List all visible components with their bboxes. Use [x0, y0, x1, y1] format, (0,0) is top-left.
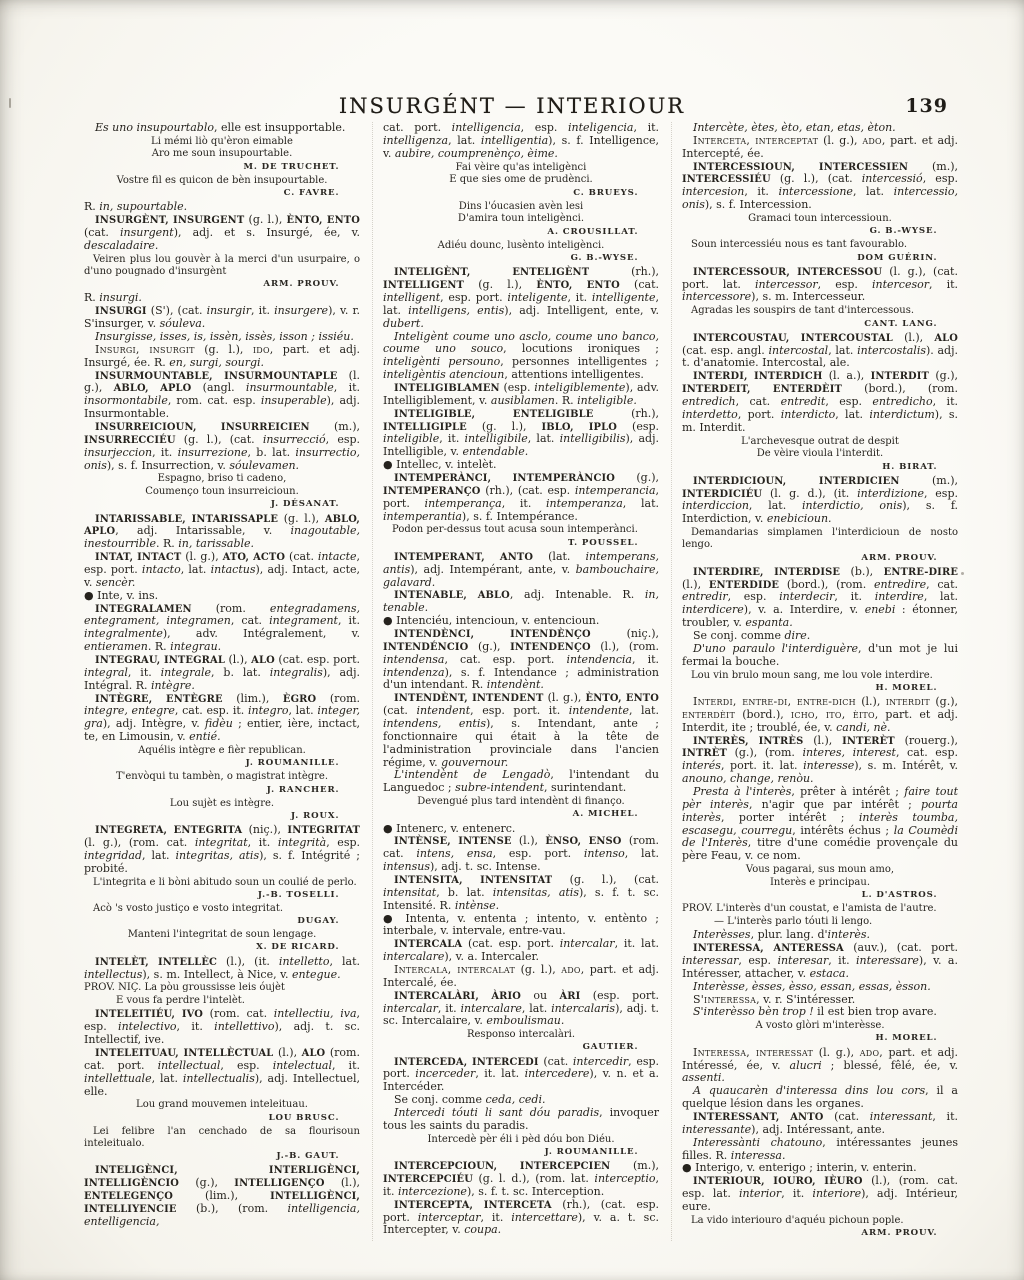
attribution-line: DOM GUÉRIN.: [682, 253, 958, 264]
entry-paragraph: INTELEITIÉU, IVO (rom. cat. intellectiu,…: [84, 1008, 360, 1047]
entry-paragraph: INTELÈT, INTELLÈC (l.), (it. intelletto,…: [84, 956, 360, 982]
verse-line: Vous pagarai, sus moun amo,: [682, 864, 958, 877]
entry-paragraph: INTEGRALAMEN (rom. entegradamens, entegr…: [84, 603, 360, 654]
quote-line: La vido interiouro d'aquéu pichoun pople…: [682, 1215, 958, 1227]
entry-paragraph: A quaucarèn d'interessa dins lou cors, i…: [682, 1085, 958, 1111]
verse-block: Fai vèire qu'as inteligènciE que sies om…: [383, 162, 659, 187]
attribution-line: J.-B. GAUT.: [84, 1151, 360, 1162]
verse-line: De vèire vioula l'interdit.: [682, 448, 958, 461]
attribution-line: M. DE TRUCHET.: [84, 162, 360, 173]
quote-line: L'integrita e li bòni abitudo soun un co…: [84, 877, 360, 889]
entry-paragraph: INTERDICIOUN, INTERDICIEN (m.), INTERDIC…: [682, 475, 958, 526]
attribution-line: J. RANCHER.: [84, 785, 360, 796]
attribution-line: J. ROUMANILLE.: [84, 758, 360, 769]
entry-paragraph: INTERCEPTA, INTERCETA (rh.), (cat. esp. …: [383, 1199, 659, 1238]
entry-paragraph: INTERESSA, ANTERESSA (auv.), (cat. port.…: [682, 942, 958, 981]
entry-paragraph: INTERCALA (cat. esp. port. intercalar, i…: [383, 938, 659, 964]
entry-paragraph: INTERCALÀRI, ÀRIO ou ÀRI (esp. port. int…: [383, 990, 659, 1029]
entry-paragraph: INSURGI (S'), (cat. insurgir, it. insurg…: [84, 305, 360, 331]
page-number: 139: [905, 95, 948, 117]
entry-paragraph: INSURGÈNT, INSURGENT (g. l.), ÈNTO, ENTO…: [84, 214, 360, 253]
text-columns: Es uno insupourtablo, elle est insupport…: [84, 122, 958, 1241]
entry-paragraph: INTERDI, INTERDICH (l. a.), INTERDIT (g.…: [682, 370, 958, 434]
quote-line: Intercedè pèr éli i pèd dóu bon Diéu.: [383, 1134, 659, 1146]
entry-paragraph: INTELIGÈNT, ENTELIGÈNT (rh.), INTELLIGEN…: [383, 266, 659, 330]
quote-line: Lei felibre l'an cenchado de sa flouriso…: [84, 1126, 360, 1150]
entry-paragraph: INTÈGRE, ENTÈGRE (lim.), ÈGRO (rom. inte…: [84, 693, 360, 744]
quote-line: Responso intercalàri.: [383, 1029, 659, 1041]
quote-line: Veiren plus lou gouvèr à la merci d'un u…: [84, 254, 360, 278]
attribution-line: H. MOREL.: [682, 1033, 958, 1044]
attribution-line: T. POUSSEL.: [383, 538, 659, 549]
entry-paragraph: Interessa, interessat (l. g.), ado, part…: [682, 1047, 958, 1086]
entry-paragraph: INTERCESSOUR, INTERCESSOU (l. g.), (cat.…: [682, 266, 958, 305]
attribution-line: G. B.-WYSE.: [682, 226, 958, 237]
entry-paragraph: R. in, supourtable.: [84, 201, 360, 214]
proverb-line: — L'interès parlo tóuti li lengo.: [682, 916, 958, 929]
attribution-line: ARM. PROUV.: [682, 1228, 958, 1239]
verse-block: Dins l'óucasien avèn lesiD'amira toun in…: [383, 201, 659, 226]
proverb-line: E vous fa perdre l'intelèt.: [84, 995, 360, 1008]
entry-paragraph: INTELIGIBLAMEN (esp. inteligiblemente), …: [383, 382, 659, 408]
quote-line: Agradas les souspirs de tant d'intercess…: [682, 305, 958, 317]
quote-line: A vosto glòri m'interèsse.: [682, 1020, 958, 1032]
quote-line: Lou vin brulo moun sang, me lou vole int…: [682, 670, 958, 682]
entry-paragraph: ● Intenta, v. ententa ; intento, v. entè…: [383, 913, 659, 939]
entry-paragraph: INTELIGIBLE, ENTELIGIBLE (rh.), INTELLIG…: [383, 408, 659, 459]
verse-line: L'archevesque outrat de despit: [682, 436, 958, 449]
verse-line: Interès e principau.: [682, 877, 958, 890]
attribution-line: C. BRUEYS.: [383, 188, 659, 199]
quote-line: Devengué plus tard intendènt di finanço.: [383, 796, 659, 808]
entry-paragraph: Inteligènt coume uno asclo, coume uno ba…: [383, 331, 659, 382]
entry-paragraph: INTERCESSIOUN, INTERCESSIEN (m.), INTERC…: [682, 161, 958, 212]
entry-paragraph: Insurgi, insurgit (g. l.), ido, part. et…: [84, 344, 360, 370]
attribution-line: J. DÉSANAT.: [84, 499, 360, 510]
entry-paragraph: Intercedi tóuti li sant dóu paradis, inv…: [383, 1107, 659, 1133]
verse-line: Dins l'óucasien avèn lesi: [383, 201, 659, 214]
entry-paragraph: INTERESSANT, ANTO (cat. interessant, it.…: [682, 1111, 958, 1137]
scan-speck: [9, 98, 11, 108]
verse-line: Coumenço toun insurreicioun.: [84, 486, 360, 499]
entry-paragraph: INTARISSABLE, INTARISSAPLE (g. l.), ABLO…: [84, 513, 360, 552]
attribution-line: A. MICHEL.: [383, 809, 659, 820]
scan-speck: [894, 957, 896, 959]
attribution-line: A. CROUSILLAT.: [383, 227, 659, 238]
quote-line: Manteni l'integritat de soun lengage.: [84, 929, 360, 941]
verse-block: Li mémi liò qu'èron eimableAro me soun i…: [84, 136, 360, 161]
verse-line: Aro me soun insupourtable.: [84, 148, 360, 161]
attribution-line: GAUTIER.: [383, 1042, 659, 1053]
dictionary-page: INSURGÉNT — INTERIOUR 139 Es uno insupou…: [0, 0, 1024, 1280]
entry-paragraph: INTENABLE, ABLO, adj. Intenable. R. in, …: [383, 589, 659, 615]
verse-block: Espagno, briso ti cadeno,Coumenço toun i…: [84, 473, 360, 498]
verse-line: Fai vèire qu'as inteligènci: [383, 162, 659, 175]
entry-paragraph: Es uno insupourtablo, elle est insupport…: [84, 122, 360, 135]
entry-paragraph: INSURREICIOUN, INSURREICIEN (m.), INSURR…: [84, 421, 360, 472]
entry-paragraph: Interessànti chatouno, intéressantes jeu…: [682, 1137, 958, 1163]
attribution-line: L. D'ASTROS.: [682, 890, 958, 901]
entry-paragraph: INSURMOUNTABLE, INSURMOUNTAPLE (l. g.), …: [84, 370, 360, 421]
entry-paragraph: INTERCEDA, INTERCEDI (cat. intercedir, e…: [383, 1056, 659, 1095]
attribution-line: ARM. PROUV.: [84, 279, 360, 290]
entry-paragraph: cat. port. intelligencia, esp. inteligen…: [383, 122, 659, 161]
entry-paragraph: INTAT, INTACT (l. g.), ATO, ACTO (cat. i…: [84, 551, 360, 590]
entry-paragraph: INTEGRETA, ENTEGRITA (niç.), INTEGRITAT …: [84, 824, 360, 875]
attribution-line: J. ROUMANILLE.: [383, 1147, 659, 1158]
entry-paragraph: INTERIOUR, IOURO, IÈURO (l.), (rom. cat.…: [682, 1175, 958, 1214]
proverb-line: PROV. L'interès d'un coustat, e l'amista…: [682, 903, 958, 916]
attribution-line: J.-B. TOSELLI.: [84, 890, 360, 901]
proverb-line: PROV. NIÇ. La pòu groussisse leis óujèt: [84, 982, 360, 995]
entry-paragraph: INTEMPERANT, ANTO (lat. intemperans, ant…: [383, 551, 659, 590]
entry-paragraph: INTERCEPCIOUN, INTERCEPCIEN (m.), INTERC…: [383, 1160, 659, 1199]
verse-line: D'amira toun inteligènci.: [383, 213, 659, 226]
entry-paragraph: INTEMPERÀNCI, INTEMPERÀNCIO (g.), INTEMP…: [383, 472, 659, 523]
entry-paragraph: S'interèsso bèn trop ! il est bien trop …: [682, 1006, 958, 1019]
entry-paragraph: L'intendènt de Lengadò, l'intendant du L…: [383, 769, 659, 795]
quote-line: Demandarias simplamen l'interdicioun de …: [682, 527, 958, 551]
quote-line: Vostre fil es quicon de bèn insupourtabl…: [84, 175, 360, 187]
quote-line: Lou sujèt es intègre.: [84, 798, 360, 810]
attribution-line: DUGAY.: [84, 916, 360, 927]
entry-paragraph: D'uno paraulo l'interdiguère, d'un mot j…: [682, 643, 958, 669]
quote-line: T'envòqui tu tambèn, o magistrat intègre…: [84, 771, 360, 783]
running-head: INSURGÉNT — INTERIOUR: [0, 94, 1024, 118]
attribution-line: C. FAVRE.: [84, 188, 360, 199]
entry-paragraph: INTÈNSE, INTENSE (l.), ÈNSO, ENSO (rom. …: [383, 835, 659, 874]
proverb-block: PROV. NIÇ. La pòu groussisse leis óujètE…: [84, 982, 360, 1007]
entry-paragraph: Interceta, interceptat (l. g.), ado, par…: [682, 135, 958, 161]
entry-paragraph: Interdi, entre-di, entre-dich (l.), inte…: [682, 696, 958, 735]
column-1: Es uno insupourtablo, elle est insupport…: [84, 122, 360, 1241]
column-2: cat. port. intelligencia, esp. inteligen…: [372, 122, 659, 1241]
quote-line: Adiéu dounc, lusènto inteligènci.: [383, 240, 659, 252]
attribution-line: H. MOREL.: [682, 683, 958, 694]
attribution-line: J. ROUX.: [84, 811, 360, 822]
quote-line: Podon per-dessus tout acusa soun intempe…: [383, 524, 659, 536]
quote-line: Acò 's vosto justiço e vosto integritat.: [84, 903, 360, 915]
column-3: Intercète, ètes, èto, etan, etas, èton.I…: [671, 122, 958, 1241]
verse-line: Espagno, briso ti cadeno,: [84, 473, 360, 486]
verse-line: Li mémi liò qu'èron eimable: [84, 136, 360, 149]
scan-speck: [961, 572, 964, 575]
verse-block: Vous pagarai, sus moun amo,Interès e pri…: [682, 864, 958, 889]
entry-paragraph: INTENDÈNT, INTENDENT (l. g.), ÈNTO, ENTO…: [383, 692, 659, 769]
attribution-line: LOU BRUSC.: [84, 1113, 360, 1124]
entry-paragraph: Presta à l'interès, prêter à intérêt ; f…: [682, 786, 958, 863]
verse-block: L'archevesque outrat de despitDe vèire v…: [682, 436, 958, 461]
entry-paragraph: INTENSITA, INTENSITAT (g. l.), (cat. int…: [383, 874, 659, 913]
quote-line: Lou grand mouvemen inteleituau.: [84, 1099, 360, 1111]
entry-paragraph: INTENDÈNCI, INTENDÈNÇO (niç.), INTENDÉNC…: [383, 628, 659, 692]
entry-paragraph: INTELIGÈNCI, INTERLIGÈNCI, INTELLIGÈNCIO…: [84, 1164, 360, 1228]
attribution-line: ARM. PROUV.: [682, 553, 958, 564]
attribution-line: X. DE RICARD.: [84, 942, 360, 953]
entry-paragraph: Intercala, intercalat (g. l.), ado, part…: [383, 964, 659, 990]
verse-line: E que sies ome de prudènci.: [383, 174, 659, 187]
entry-paragraph: INTERCOUSTAU, INTERCOUSTAL (l.), ALO (ca…: [682, 332, 958, 371]
entry-paragraph: INTERDIRE, INTERDISE (b.), ENTRE-DIRE (l…: [682, 566, 958, 630]
entry-paragraph: INTELEITUAU, INTELLÈCTUAL (l.), ALO (rom…: [84, 1047, 360, 1098]
attribution-line: G. B.-WYSE.: [383, 253, 659, 264]
proverb-block: PROV. L'interès d'un coustat, e l'amista…: [682, 903, 958, 928]
quote-line: Soun intercessiéu nous es tant favourabl…: [682, 239, 958, 251]
entry-paragraph: INTEGRAU, INTEGRAL (l.), ALO (cat. esp. …: [84, 654, 360, 693]
quote-line: Aquélis intègre e fièr republican.: [84, 745, 360, 757]
quote-line: Gramaci toun intercessioun.: [682, 213, 958, 225]
attribution-line: CANT. LANG.: [682, 319, 958, 330]
entry-paragraph: INTERÈS, INTRÈS (l.), INTERÈT (rouerg.),…: [682, 735, 958, 786]
attribution-line: H. BIRAT.: [682, 462, 958, 473]
